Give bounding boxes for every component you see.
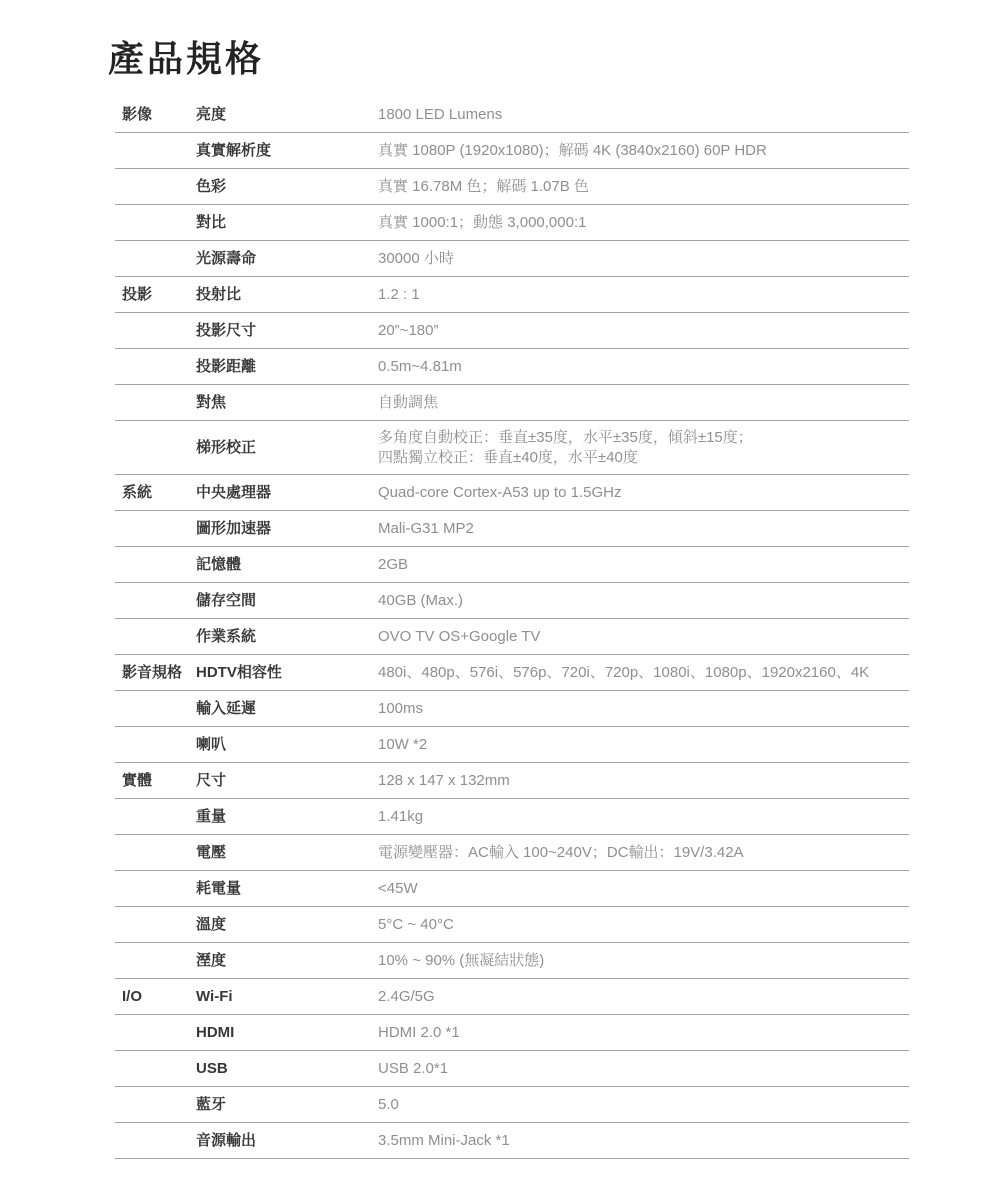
table-row: 投影 投射比 1.2 : 1: [115, 277, 909, 313]
spec-label: 梯形校正: [196, 431, 378, 465]
table-row: 梯形校正 多角度自動校正：垂直±35度，水平±35度，傾斜±15度； 四點獨立校…: [115, 421, 909, 475]
spec-label: 對比: [196, 206, 378, 240]
table-row: 溼度 10% ~ 90% (無凝結狀態): [115, 943, 909, 979]
section-category: [115, 1026, 196, 1040]
spec-label: 音源輸出: [196, 1124, 378, 1158]
table-row: 輸入延遲 100ms: [115, 691, 909, 727]
table-row: 實體 尺寸 128 x 147 x 132mm: [115, 763, 909, 799]
table-row: 投影距離 0.5m~4.81m: [115, 349, 909, 385]
table-row: 投影尺寸 20”~180”: [115, 313, 909, 349]
spec-label: 作業系統: [196, 620, 378, 654]
spec-value: 電源變壓器：AC輸入 100~240V；DC輸出：19V/3.42A: [378, 836, 909, 870]
spec-value: 1800 LED Lumens: [378, 98, 909, 132]
section-category: 影音規格: [115, 656, 196, 690]
section-category: [115, 180, 196, 194]
spec-value: 真實 1000:1；動態 3,000,000:1: [378, 206, 909, 240]
spec-value: 128 x 147 x 132mm: [378, 764, 909, 798]
spec-label: 儲存空間: [196, 584, 378, 618]
table-row: 色彩 真實 16.78M 色；解碼 1.07B 色: [115, 169, 909, 205]
table-row: 喇叭 10W *2: [115, 727, 909, 763]
section-category: [115, 594, 196, 608]
spec-value: 0.5m~4.81m: [378, 350, 909, 384]
table-row: 耗電量 <45W: [115, 871, 909, 907]
spec-value: OVO TV OS+Google TV: [378, 620, 909, 654]
table-row: USB USB 2.0*1: [115, 1051, 909, 1087]
spec-value: 30000 小時: [378, 242, 909, 276]
spec-value: 1.2 : 1: [378, 278, 909, 312]
spec-value: USB 2.0*1: [378, 1052, 909, 1086]
spec-label: 溫度: [196, 908, 378, 942]
spec-value: 10% ~ 90% (無凝結狀態): [378, 944, 909, 978]
spec-label: 溼度: [196, 944, 378, 978]
section-category: [115, 1134, 196, 1148]
spec-value: 2GB: [378, 548, 909, 582]
table-row: HDMI HDMI 2.0 *1: [115, 1015, 909, 1051]
spec-label: 尺寸: [196, 764, 378, 798]
spec-label: 真實解析度: [196, 134, 378, 168]
section-category: [115, 702, 196, 716]
spec-value: <45W: [378, 872, 909, 906]
table-row: 對焦 自動調焦: [115, 385, 909, 421]
spec-label: 耗電量: [196, 872, 378, 906]
section-category: [115, 216, 196, 230]
spec-value: 多角度自動校正：垂直±35度，水平±35度，傾斜±15度； 四點獨立校正：垂直±…: [378, 421, 909, 474]
section-category: [115, 954, 196, 968]
spec-value: 真實 16.78M 色；解碼 1.07B 色: [378, 170, 909, 204]
spec-value: Quad-core Cortex-A53 up to 1.5GHz: [378, 476, 909, 510]
spec-label: 藍牙: [196, 1088, 378, 1122]
spec-table: 影像 亮度 1800 LED Lumens 真實解析度 真實 1080P (19…: [115, 97, 909, 1159]
table-row: 圖形加速器 Mali-G31 MP2: [115, 511, 909, 547]
spec-label: 記憶體: [196, 548, 378, 582]
section-category: [115, 396, 196, 410]
spec-label: 喇叭: [196, 728, 378, 762]
section-category: I/O: [115, 980, 196, 1014]
section-category: [115, 882, 196, 896]
section-category: [115, 360, 196, 374]
table-row: 影像 亮度 1800 LED Lumens: [115, 97, 909, 133]
spec-value: 5°C ~ 40°C: [378, 908, 909, 942]
spec-value: 40GB (Max.): [378, 584, 909, 618]
spec-label: 色彩: [196, 170, 378, 204]
section-category: [115, 810, 196, 824]
spec-label: 光源壽命: [196, 242, 378, 276]
section-category: [115, 1098, 196, 1112]
section-category: [115, 522, 196, 536]
spec-value: HDMI 2.0 *1: [378, 1016, 909, 1050]
spec-value: 100ms: [378, 692, 909, 726]
section-category: [115, 252, 196, 266]
spec-value: 1.41kg: [378, 800, 909, 834]
section-category: [115, 324, 196, 338]
section-category: 實體: [115, 764, 196, 798]
spec-label: USB: [196, 1052, 378, 1086]
section-category: [115, 441, 196, 455]
table-row: 光源壽命 30000 小時: [115, 241, 909, 277]
table-row: 作業系統 OVO TV OS+Google TV: [115, 619, 909, 655]
spec-value: 20”~180”: [378, 314, 909, 348]
table-row: 系統 中央處理器 Quad-core Cortex-A53 up to 1.5G…: [115, 475, 909, 511]
spec-label: 投影尺寸: [196, 314, 378, 348]
section-category: [115, 846, 196, 860]
table-row: 藍牙 5.0: [115, 1087, 909, 1123]
spec-value: 3.5mm Mini-Jack *1: [378, 1124, 909, 1158]
spec-value: 5.0: [378, 1088, 909, 1122]
spec-label: 輸入延遲: [196, 692, 378, 726]
spec-value: 自動調焦: [378, 386, 909, 420]
spec-value: 480i、480p、576i、576p、720i、720p、1080i、1080…: [378, 656, 909, 690]
spec-label: 圖形加速器: [196, 512, 378, 546]
section-category: [115, 918, 196, 932]
section-category: 系統: [115, 476, 196, 510]
section-category: [115, 1062, 196, 1076]
spec-label: HDMI: [196, 1016, 378, 1050]
table-row: 對比 真實 1000:1；動態 3,000,000:1: [115, 205, 909, 241]
table-row: I/O Wi-Fi 2.4G/5G: [115, 979, 909, 1015]
table-row: 溫度 5°C ~ 40°C: [115, 907, 909, 943]
table-row: 真實解析度 真實 1080P (1920x1080)；解碼 4K (3840x2…: [115, 133, 909, 169]
spec-value: 真實 1080P (1920x1080)；解碼 4K (3840x2160) 6…: [378, 134, 909, 168]
spec-label: 對焦: [196, 386, 378, 420]
table-row: 電壓 電源變壓器：AC輸入 100~240V；DC輸出：19V/3.42A: [115, 835, 909, 871]
spec-label: 中央處理器: [196, 476, 378, 510]
spec-label: HDTV相容性: [196, 656, 378, 690]
spec-label: 亮度: [196, 98, 378, 132]
section-category: [115, 144, 196, 158]
spec-label: 電壓: [196, 836, 378, 870]
spec-label: Wi-Fi: [196, 980, 378, 1014]
table-row: 儲存空間 40GB (Max.): [115, 583, 909, 619]
spec-label: 重量: [196, 800, 378, 834]
spec-label: 投影距離: [196, 350, 378, 384]
table-row: 影音規格 HDTV相容性 480i、480p、576i、576p、720i、72…: [115, 655, 909, 691]
table-row: 音源輸出 3.5mm Mini-Jack *1: [115, 1123, 909, 1159]
section-category: [115, 630, 196, 644]
table-row: 記憶體 2GB: [115, 547, 909, 583]
spec-value: 10W *2: [378, 728, 909, 762]
section-category: [115, 738, 196, 752]
spec-page: 產品規格 影像 亮度 1800 LED Lumens 真實解析度 真實 1080…: [0, 0, 1000, 1200]
table-row: 重量 1.41kg: [115, 799, 909, 835]
section-category: [115, 558, 196, 572]
spec-value: Mali-G31 MP2: [378, 512, 909, 546]
section-category: 影像: [115, 98, 196, 132]
page-title: 產品規格: [108, 38, 1000, 79]
spec-value: 2.4G/5G: [378, 980, 909, 1014]
section-category: 投影: [115, 278, 196, 312]
spec-label: 投射比: [196, 278, 378, 312]
